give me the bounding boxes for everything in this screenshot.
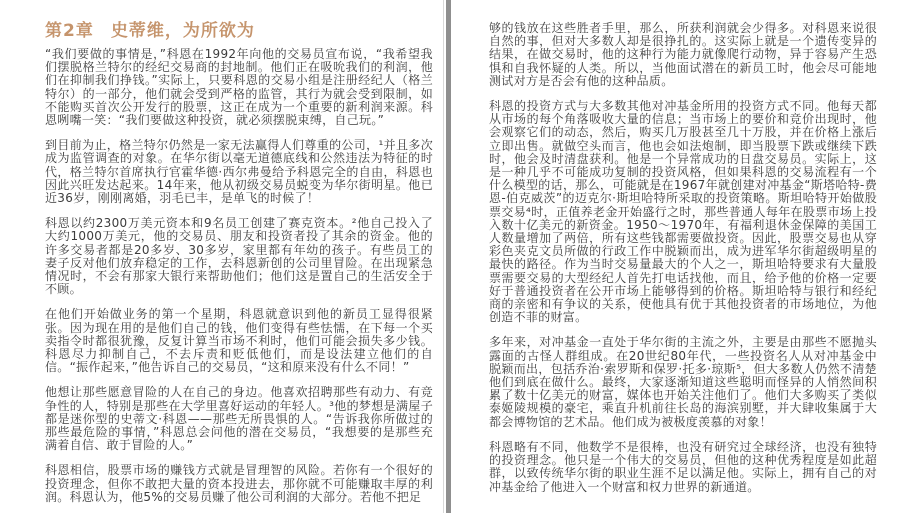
paragraph: 科恩的投资方式与大多数其他对冲基金所用的投资方式不同。他每天都从市场的每个角落吸… — [489, 100, 877, 324]
paragraph: 到目前为止，格兰特尔仍然是一家无法赢得人们尊重的公司，¹并且多次成为监管调查的对… — [45, 139, 433, 205]
book-spread: 第2章史蒂维，为所欲为 “我们要做的事情是，”科恩在1992年向他的交易员宣布说… — [0, 0, 898, 513]
paragraph: 科恩略有不同，他数学不是很棒，也没有研究过全球经济，也没有独特的投资理念。他只是… — [489, 441, 877, 494]
paragraph: 科恩相信，股票市场的赚钱方式就是冒理智的风险。若你有一个很好的投资理念，但你不敢… — [45, 464, 433, 504]
paragraph: 多年来，对冲基金一直处于华尔街的主流之外，主要是由那些不愿抛头露面的古怪人群组成… — [489, 336, 877, 428]
chapter-title: 史蒂维，为所欲为 — [111, 21, 255, 41]
paragraph: 他想让那些愿意冒险的人在自己的身边。他喜欢招聘那些有动力、有竞争性的人，特别是那… — [45, 386, 433, 452]
chapter-heading: 第2章史蒂维，为所欲为 — [45, 22, 433, 40]
page-divider — [443, 0, 451, 513]
paragraph: 科恩以约2300万美元资本和9名员工创建了赛克资本。²他自己投入了大约1000万… — [45, 217, 433, 296]
right-page: 够的钱放在这些胜者手里，那么，所获利润就会少得多。对科恩来说很自然的事，但对大多… — [451, 0, 898, 513]
left-page: 第2章史蒂维，为所欲为 “我们要做的事情是，”科恩在1992年向他的交易员宣布说… — [0, 0, 443, 513]
chapter-number: 第2章 — [45, 21, 94, 41]
paragraph: “我们要做的事情是，”科恩在1992年向他的交易员宣布说，“我希望我们摆脱格兰特… — [45, 48, 433, 127]
paragraph: 在他们开始做业务的第一个星期，科恩就意识到他的新员工显得很紧张。因为现在用的是他… — [45, 308, 433, 374]
paragraph: 够的钱放在这些胜者手里，那么，所获利润就会少得多。对科恩来说很自然的事，但对大多… — [489, 22, 877, 88]
